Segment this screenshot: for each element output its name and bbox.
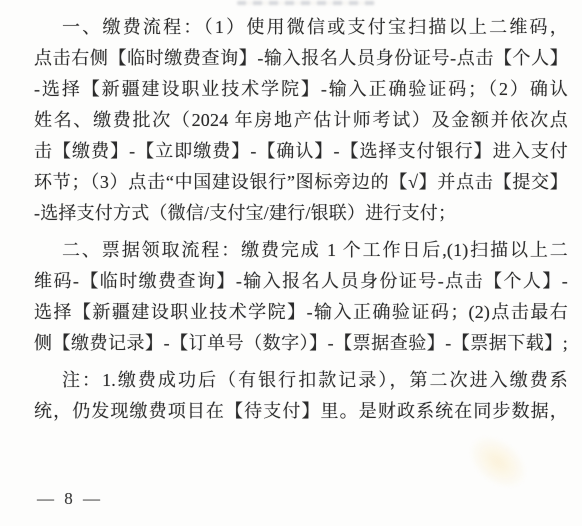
- text-line: 击【缴费】-【立即缴费】-【确认】-【选择支付银行】进入支付: [34, 136, 568, 167]
- cutoff-content-artifact: [237, 1, 375, 5]
- text-line: 一、缴费流程：（1）使用微信或支付宝扫描以上二维码，: [34, 12, 568, 43]
- text-line: 统，仍发现缴费项目在【待支付】里。是财政系统在同步数据，: [34, 396, 568, 427]
- scan-stain: [460, 426, 536, 498]
- paragraph-receipt-process: 二、票据领取流程：缴费完成 1 个工作日后,(1)扫描以上二维码-【临时缴费查询…: [34, 235, 568, 359]
- text-line: 维码-【临时缴费查询】-输入报名人员身份证号-点击【个人】-: [34, 266, 568, 297]
- text-line: -选择【新疆建设职业技术学院】-输入正确验证码；（2）确认: [34, 74, 568, 105]
- document-body-text: 一、缴费流程：（1）使用微信或支付宝扫描以上二维码，点击右侧【临时缴费查询】-输…: [34, 12, 568, 433]
- page-number: — 8 —: [37, 489, 103, 509]
- paragraph-payment-process: 一、缴费流程：（1）使用微信或支付宝扫描以上二维码，点击右侧【临时缴费查询】-输…: [34, 12, 568, 229]
- text-line: 环节；（3）点击“中国建设银行”图标旁边的【√】并点击【提交】: [34, 167, 568, 198]
- text-line: 点击右侧【临时缴费查询】-输入报名人员身份证号-点击【个人】: [34, 43, 568, 74]
- text-line: -选择支付方式（微信/支付宝/建行/银联）进行支付；: [34, 198, 568, 229]
- scanned-document-page: 一、缴费流程：（1）使用微信或支付宝扫描以上二维码，点击右侧【临时缴费查询】-输…: [0, 0, 582, 526]
- text-line: 二、票据领取流程：缴费完成 1 个工作日后,(1)扫描以上二: [34, 235, 568, 266]
- text-line: 选择【新疆建设职业技术学院】-输入正确验证码；(2)点击最右: [34, 297, 568, 328]
- text-line: 姓名、缴费批次（2024 年房地产估计师考试）及金额并依次点: [34, 105, 568, 136]
- text-line: 侧【缴费记录】-【订单号（数字）】-【票据查验】-【票据下载】;: [34, 328, 568, 359]
- paragraph-note: 注：1.缴费成功后（有银行扣款记录），第二次进入缴费系统，仍发现缴费项目在【待支…: [34, 365, 568, 427]
- text-line: 注：1.缴费成功后（有银行扣款记录），第二次进入缴费系: [34, 365, 568, 396]
